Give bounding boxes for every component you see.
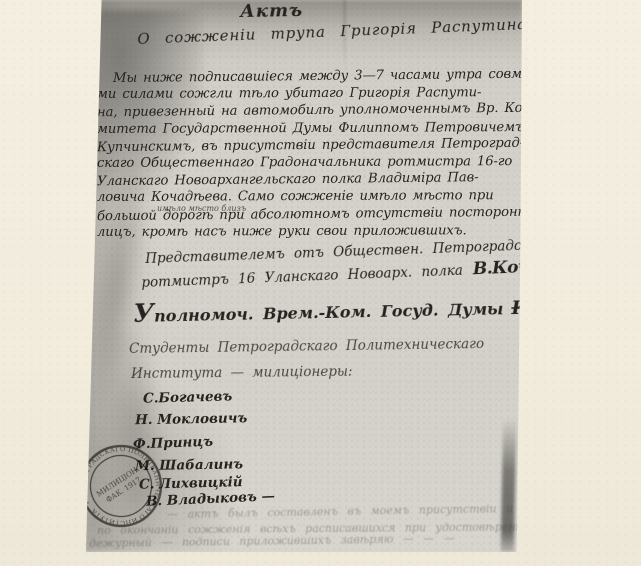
students-line: Института — милиціонеры: [131, 364, 353, 382]
document-title: Актъ [240, 0, 303, 22]
document-photo: Актъ О сожженіи трупа Григорія Распутина… [85, 0, 522, 552]
interline-insertion: имѣло мѣсто близъ [157, 204, 246, 213]
students-line: Студенты Петроградскаго Политехническаго [129, 336, 484, 357]
commissioner-line: Уполномоч. Врем.-Ком. Госуд. ДумыКупчинс… [133, 289, 631, 329]
book-page-background: Актъ О сожженіи трупа Григорія Распутина… [0, 0, 641, 566]
kochadeev-signature: В.Кочадѣевъ [472, 254, 601, 279]
signature-line: С.Богачевъ [143, 386, 275, 408]
commissioner-text: Уполномоч. Врем.-Ком. Госуд. Думы [133, 299, 503, 326]
signature-line: Н. Мокловичъ [135, 409, 275, 430]
document-subtitle: О сожженіи трупа Григорія Распутина — [137, 14, 558, 48]
document-body: Мы ниже подписавшіеся между 3—7 часами у… [97, 69, 521, 241]
kupchinsky-signature: Купчинскій [511, 295, 631, 319]
representative-text: ротмистръ 16 Уланскаго Новоарх. полка [141, 263, 463, 291]
signature-line: Ф.Принцъ [133, 431, 276, 455]
body-line: лицъ, кромѣ насъ ниже руки свои приложив… [97, 223, 521, 242]
